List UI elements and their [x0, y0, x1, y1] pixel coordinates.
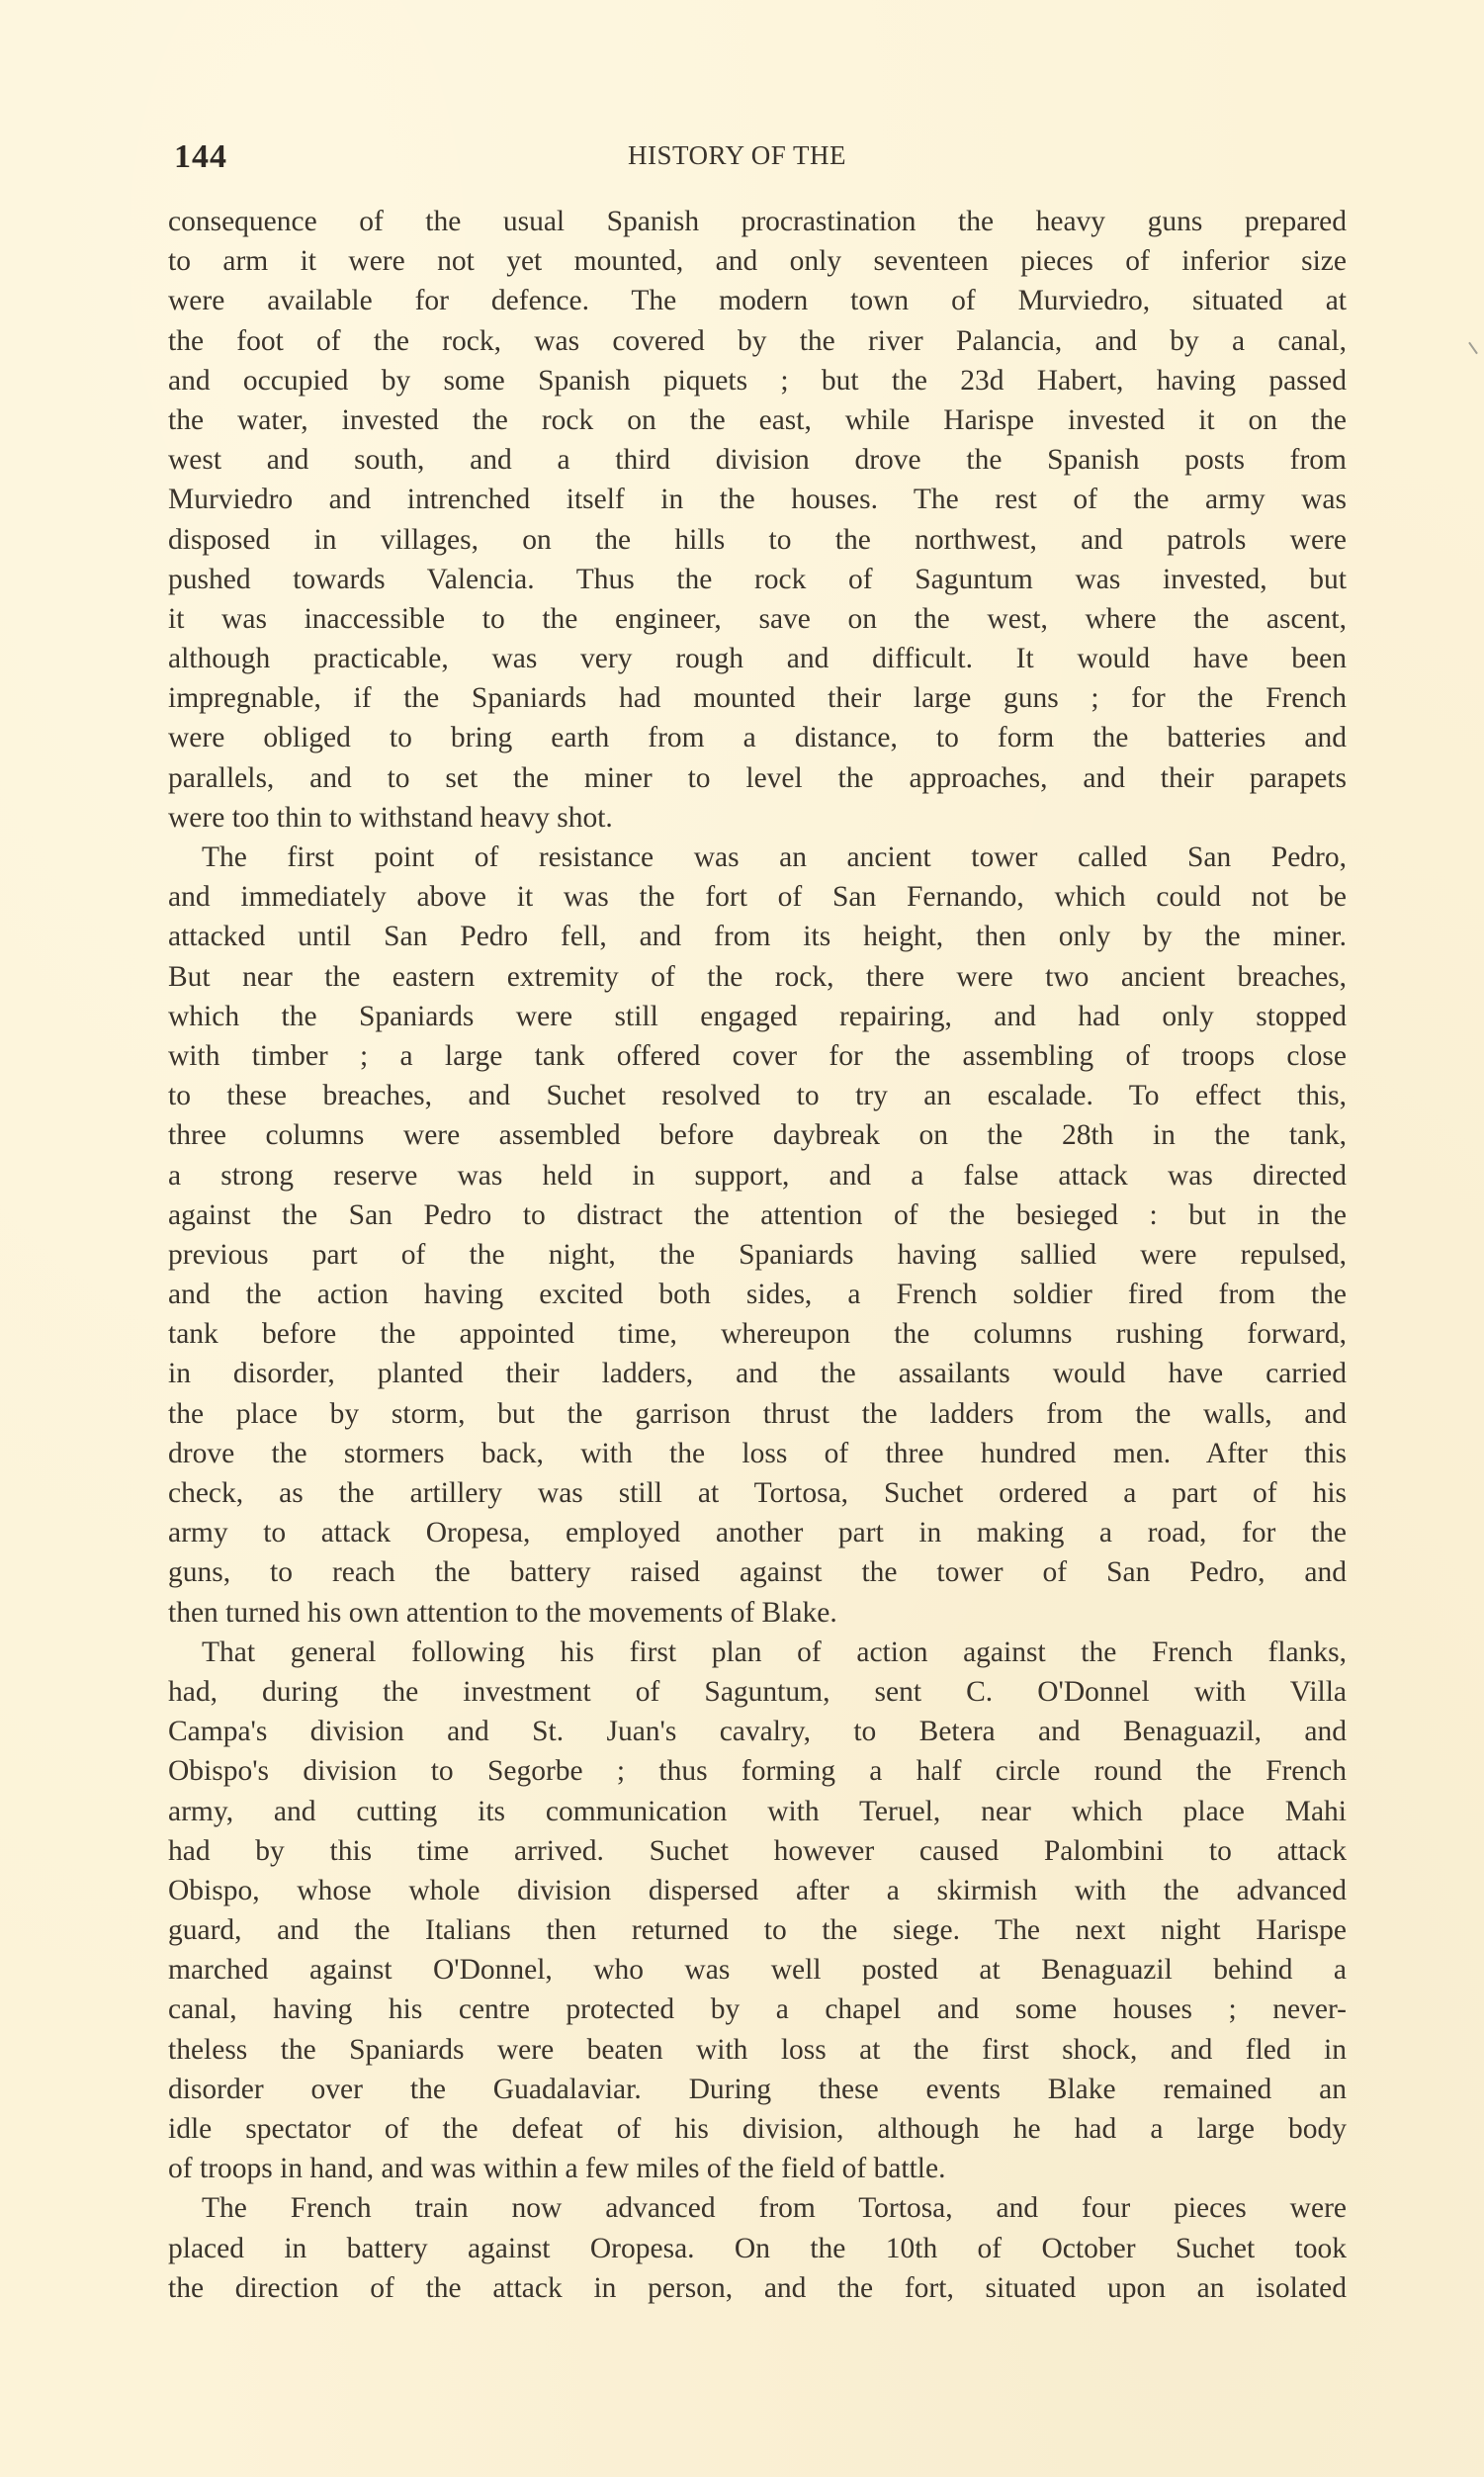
book-page: 144 HISTORY OF THE consequence of the us… — [0, 0, 1484, 2477]
text-line: were too thin to withstand heavy shot. — [168, 798, 1347, 838]
text-line: and occupied by some Spanish piquets ; b… — [168, 361, 1347, 400]
text-line: of troops in hand, and was within a few … — [168, 2149, 1347, 2188]
text-line: although practicable, was very rough and… — [168, 639, 1347, 678]
paragraph: The first point of resistance was an anc… — [168, 838, 1347, 1633]
text-line: Obispo's division to Segorbe ; thus form… — [168, 1751, 1347, 1791]
text-line: army to attack Oropesa, employed another… — [168, 1513, 1347, 1552]
margin-mark — [1468, 342, 1478, 355]
text-line: were available for defence. The modern t… — [168, 281, 1347, 320]
text-line: canal, having his centre protected by a … — [168, 1990, 1347, 2029]
paragraph: That general following his first plan of… — [168, 1633, 1347, 2189]
text-line: which the Spaniards were still engaged r… — [168, 997, 1347, 1036]
text-line: it was inaccessible to the engineer, sav… — [168, 599, 1347, 639]
text-line: parallels, and to set the miner to level… — [168, 758, 1347, 798]
text-line: had by this time arrived. Suchet however… — [168, 1831, 1347, 1871]
text-line: army, and cutting its communication with… — [168, 1792, 1347, 1831]
text-line: had, during the investment of Saguntum, … — [168, 1672, 1347, 1712]
text-line: the place by storm, but the garrison thr… — [168, 1394, 1347, 1434]
text-line: tank before the appointed time, whereupo… — [168, 1314, 1347, 1354]
text-line: against the San Pedro to distract the at… — [168, 1195, 1347, 1235]
paragraph: The French train now advanced from Torto… — [168, 2188, 1347, 2308]
text-line: in disorder, planted their ladders, and … — [168, 1354, 1347, 1393]
text-line: Obispo, whose whole division dispersed a… — [168, 1871, 1347, 1910]
text-line: then turned his own attention to the mov… — [168, 1593, 1347, 1633]
text-line: to arm it were not yet mounted, and only… — [168, 241, 1347, 281]
text-line: check, as the artillery was still at Tor… — [168, 1473, 1347, 1513]
text-line: attacked until San Pedro fell, and from … — [168, 917, 1347, 956]
running-head: 144 HISTORY OF THE — [168, 134, 1347, 174]
text-line: guard, and the Italians then returned to… — [168, 1910, 1347, 1950]
text-line: the direction of the attack in person, a… — [168, 2268, 1347, 2308]
text-line: Campa's division and St. Juan's cavalry,… — [168, 1712, 1347, 1751]
text-line: the foot of the rock, was covered by the… — [168, 321, 1347, 361]
running-title: HISTORY OF THE — [628, 140, 846, 171]
text-line: idle spectator of the defeat of his divi… — [168, 2109, 1347, 2149]
text-line: That general following his first plan of… — [168, 1633, 1347, 1672]
text-line: theless the Spaniards were beaten with l… — [168, 2030, 1347, 2070]
text-line: and the action having excited both sides… — [168, 1275, 1347, 1314]
text-line: impregnable, if the Spaniards had mounte… — [168, 678, 1347, 718]
text-line: west and south, and a third division dro… — [168, 440, 1347, 480]
text-line: with timber ; a large tank offered cover… — [168, 1036, 1347, 1076]
text-line: were obliged to bring earth from a dista… — [168, 718, 1347, 757]
text-line: pushed towards Valencia. Thus the rock o… — [168, 560, 1347, 599]
text-line: disorder over the Guadalaviar. During th… — [168, 2070, 1347, 2109]
text-line: consequence of the usual Spanish procras… — [168, 202, 1347, 241]
text-line: The French train now advanced from Torto… — [168, 2188, 1347, 2228]
text-line: drove the stormers back, with the loss o… — [168, 1434, 1347, 1473]
text-line: disposed in villages, on the hills to th… — [168, 520, 1347, 560]
text-line: three columns were assembled before dayb… — [168, 1115, 1347, 1155]
text-line: the water, invested the rock on the east… — [168, 400, 1347, 440]
body-text: consequence of the usual Spanish procras… — [168, 202, 1347, 2308]
text-line: guns, to reach the battery raised agains… — [168, 1552, 1347, 1592]
page-number: 144 — [174, 138, 227, 176]
text-line: But near the eastern extremity of the ro… — [168, 957, 1347, 997]
paragraph: consequence of the usual Spanish procras… — [168, 202, 1347, 838]
text-line: previous part of the night, the Spaniard… — [168, 1235, 1347, 1275]
text-line: The first point of resistance was an anc… — [168, 838, 1347, 877]
text-line: Murviedro and intrenched itself in the h… — [168, 480, 1347, 519]
text-line: to these breaches, and Suchet resolved t… — [168, 1076, 1347, 1115]
text-line: placed in battery against Oropesa. On th… — [168, 2229, 1347, 2268]
text-line: and immediately above it was the fort of… — [168, 877, 1347, 917]
text-line: a strong reserve was held in support, an… — [168, 1156, 1347, 1195]
text-line: marched against O'Donnel, who was well p… — [168, 1950, 1347, 1990]
